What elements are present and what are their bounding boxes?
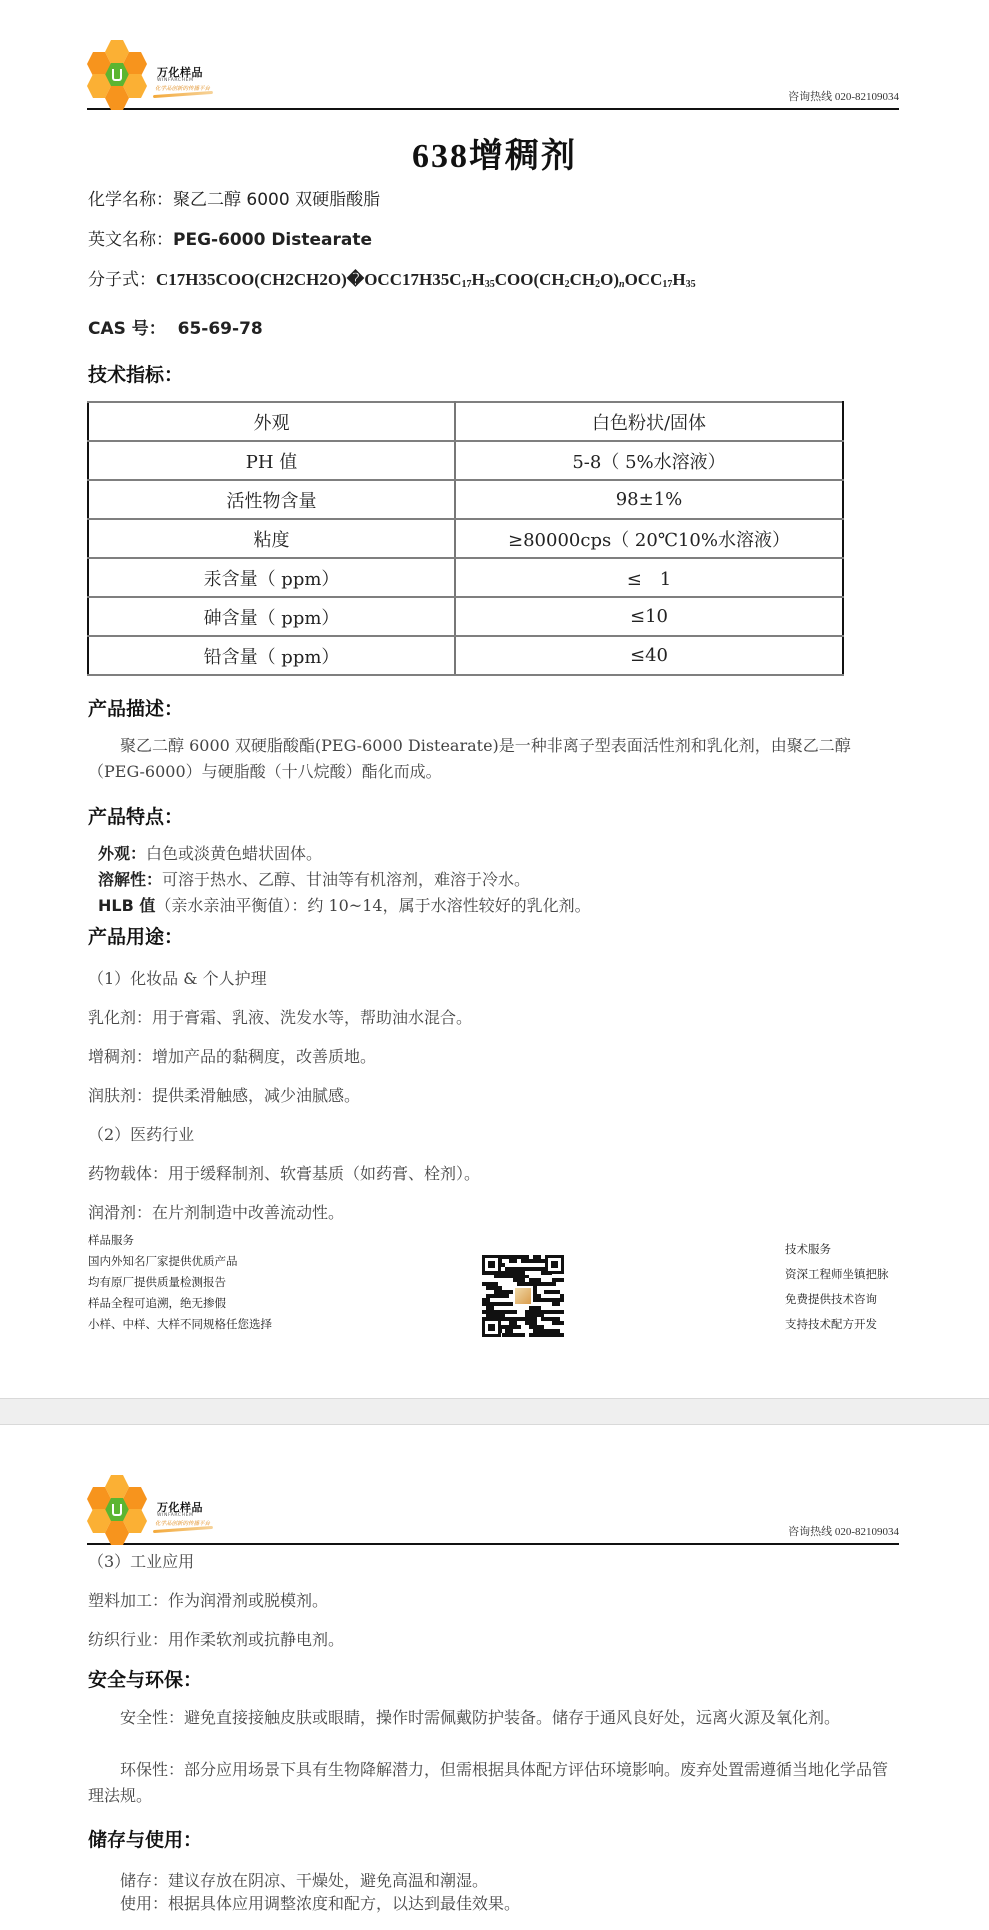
spec-value: ≤ 1 — [455, 558, 843, 597]
company-logo: 万化样品 WINFARCHEM 化学品创新的传播平台 — [95, 1475, 225, 1537]
page-separator — [0, 1398, 989, 1425]
table-row: 铅含量（ ppm）≤40 — [88, 636, 843, 675]
formula-field: 分子式：C17H35COO(CH2CH2O)�OCC17H35C17H35COO… — [88, 265, 696, 290]
hotline-text: 咨询热线 020-82109034 — [788, 88, 899, 104]
tech-service-block: 技术服务 资深工程师坐镇把脉 免费提供技术咨询 支持技术配方开发 — [785, 1237, 889, 1337]
page-header: 万化样品 WINFARCHEM 化学品创新的传播平台 咨询热线 020-8210… — [87, 40, 899, 110]
use-item: 塑料加工：作为润滑剂或脱模剂。 — [88, 1588, 328, 1611]
spec-value: 98±1% — [455, 480, 843, 519]
chemical-name-label: 化学名称： — [88, 190, 173, 210]
use-item: 纺织行业：用作柔软剂或抗静电剂。 — [88, 1627, 344, 1650]
english-name-field: 英文名称：PEG-6000 Distearate — [88, 225, 372, 250]
use-item: 药物载体：用于缓释制剂、软膏基质（如药膏、栓剂）。 — [88, 1161, 480, 1184]
table-row: 活性物含量98±1% — [88, 480, 843, 519]
flask-icon — [112, 69, 122, 81]
storage-heading: 储存与使用： — [88, 1825, 202, 1852]
spec-item: 外观 — [88, 402, 455, 441]
use-category: （2）医药行业 — [88, 1122, 194, 1145]
use-item: 增稠剂：增加产品的黏稠度，改善质地。 — [88, 1044, 376, 1067]
sample-service-block: 样品服务 国内外知名厂家提供优质产品 均有原厂提供质量检测报告 样品全程可追溯，… — [88, 1230, 272, 1335]
cas-field: CAS 号： 65-69-78 — [88, 314, 263, 339]
spec-value: ≤10 — [455, 597, 843, 636]
spec-item: 粘度 — [88, 519, 455, 558]
chemical-name-field: 化学名称：聚乙二醇 6000 双硬脂酸脂 — [88, 185, 380, 210]
table-row: 粘度≥80000cps（ 20℃10%水溶液） — [88, 519, 843, 558]
spec-value: ≤40 — [455, 636, 843, 675]
use-item: 润肤剂：提供柔滑触感，减少油腻感。 — [88, 1083, 360, 1106]
flask-icon — [112, 1504, 122, 1516]
uses-heading: 产品用途： — [88, 922, 183, 949]
feature-item: 外观：白色或淡黄色蜡状固体。 — [98, 842, 322, 865]
spec-item: 活性物含量 — [88, 480, 455, 519]
hotline-text: 咨询热线 020-82109034 — [788, 1523, 899, 1539]
spec-value: 白色粉状/固体 — [455, 402, 843, 441]
document-page-2: 万化样品 WINFARCHEM 化学品创新的传播平台 咨询热线 020-8210… — [0, 1425, 989, 1930]
spec-table: 外观白色粉状/固体 PH 值5-8（ 5%水溶液） 活性物含量98±1% 粘度≥… — [87, 401, 844, 676]
cas-value: 65-69-78 — [178, 319, 263, 339]
cas-label: CAS 号： — [88, 319, 166, 339]
spec-item: 砷含量（ ppm） — [88, 597, 455, 636]
use-category: （1）化妆品 & 个人护理 — [88, 966, 267, 989]
spec-item: PH 值 — [88, 441, 455, 480]
feature-item: 溶解性：可溶于热水、乙醇、甘油等有机溶剂，难溶于冷水。 — [98, 868, 530, 891]
safety-heading: 安全与环保： — [88, 1665, 202, 1692]
spec-value: ≥80000cps（ 20℃10%水溶液） — [455, 519, 843, 558]
feature-item: HLB 值（亲水亲油平衡值）：约 10~14，属于水溶性较好的乳化剂。 — [98, 894, 591, 917]
qr-code-icon — [482, 1255, 564, 1337]
environment-text: 环保性：部分应用场景下具有生物降解潜力，但需根据具体配方评估环境影响。废弃处置需… — [88, 1757, 902, 1809]
logo-name-en: WINFARCHEM — [157, 78, 194, 83]
formula-value: C17H35COO(CH2CH2O)�OCC17H35C17H35COO(CH2… — [156, 270, 696, 289]
description-heading: 产品描述： — [88, 694, 183, 721]
table-row: 外观白色粉状/固体 — [88, 402, 843, 441]
use-category: （3）工业应用 — [88, 1549, 194, 1572]
features-heading: 产品特点： — [88, 802, 183, 829]
spec-value: 5-8（ 5%水溶液） — [455, 441, 843, 480]
table-row: PH 值5-8（ 5%水溶液） — [88, 441, 843, 480]
spec-heading: 技术指标： — [88, 360, 183, 387]
logo-name-en: WINFARCHEM — [157, 1513, 194, 1518]
storage-text: 储存：建议存放在阴凉、干燥处，避免高温和潮湿。 — [88, 1869, 902, 1892]
english-name-value: PEG-6000 Distearate — [173, 230, 372, 250]
use-item: 乳化剂：用于膏霜、乳液、洗发水等，帮助油水混合。 — [88, 1005, 472, 1028]
spec-item: 汞含量（ ppm） — [88, 558, 455, 597]
table-row: 砷含量（ ppm）≤10 — [88, 597, 843, 636]
spec-item: 铅含量（ ppm） — [88, 636, 455, 675]
description-text: 聚乙二醇 6000 双硬脂酸酯(PEG-6000 Distearate)是一种非… — [88, 733, 902, 785]
document-page-1: 万化样品 WINFARCHEM 化学品创新的传播平台 咨询热线 020-8210… — [0, 0, 989, 1398]
chemical-name-value: 聚乙二醇 6000 双硬脂酸脂 — [173, 190, 380, 210]
page-title: 638增稠剂 — [0, 128, 989, 177]
page-header: 万化样品 WINFARCHEM 化学品创新的传播平台 咨询热线 020-8210… — [87, 1475, 899, 1545]
use-item: 润滑剂：在片剂制造中改善流动性。 — [88, 1200, 344, 1223]
english-name-label: 英文名称： — [88, 230, 173, 250]
safety-text: 安全性：避免直接接触皮肤或眼睛，操作时需佩戴防护装备。储存于通风良好处，远离火源… — [88, 1705, 902, 1731]
table-row: 汞含量（ ppm）≤ 1 — [88, 558, 843, 597]
usage-text: 使用：根据具体应用调整浓度和配方，以达到最佳效果。 — [88, 1892, 902, 1915]
company-logo: 万化样品 WINFARCHEM 化学品创新的传播平台 — [95, 40, 225, 102]
formula-label: 分子式： — [88, 270, 156, 290]
